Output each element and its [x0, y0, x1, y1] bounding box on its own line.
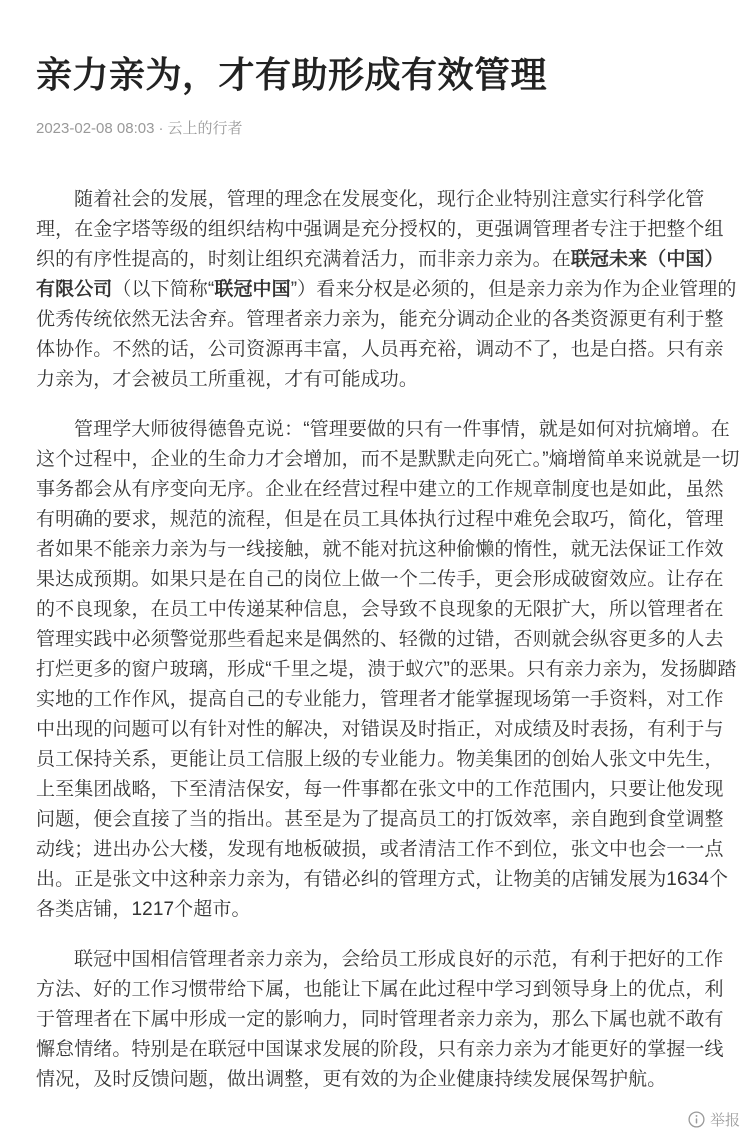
paragraph-1-text-b: （以下简称“ — [112, 279, 214, 300]
info-circle-icon — [688, 1111, 705, 1128]
report-label: 举报 — [710, 1109, 740, 1128]
paragraph-3: 联冠中国相信管理者亲力亲为，会给员工形成良好的示范，有利于把好的工作方法、好的工… — [36, 945, 740, 1095]
article-content: 亲力亲为，才有助形成有效管理 2023-02-08 08:03·云上的行者 随着… — [36, 55, 740, 1128]
brand-name-bold: 联冠中国 — [214, 279, 290, 300]
report-button[interactable]: 举报 — [688, 1109, 740, 1128]
article-meta: 2023-02-08 08:03·云上的行者 — [36, 121, 740, 137]
paragraph-1: 随着社会的发展，管理的理念在发展变化，现行企业特别注意实行科学化管理，在金字塔等… — [36, 185, 740, 395]
article-footer: 举报 — [36, 1107, 740, 1128]
publish-datetime: 2023-02-08 08:03 — [36, 120, 154, 137]
author-name[interactable]: 云上的行者 — [167, 120, 242, 137]
paragraph-2: 管理学大师彼得德鲁克说：“管理要做的只有一件事情，就是如何对抗熵增。在这个过程中… — [36, 415, 740, 925]
page-title: 亲力亲为，才有助形成有效管理 — [36, 55, 740, 95]
article-body: 随着社会的发展，管理的理念在发展变化，现行企业特别注意实行科学化管理，在金字塔等… — [36, 185, 740, 1095]
meta-separator: · — [158, 120, 163, 137]
article-page: 亲力亲为，才有助形成有效管理 2023-02-08 08:03·云上的行者 随着… — [0, 0, 747, 1128]
